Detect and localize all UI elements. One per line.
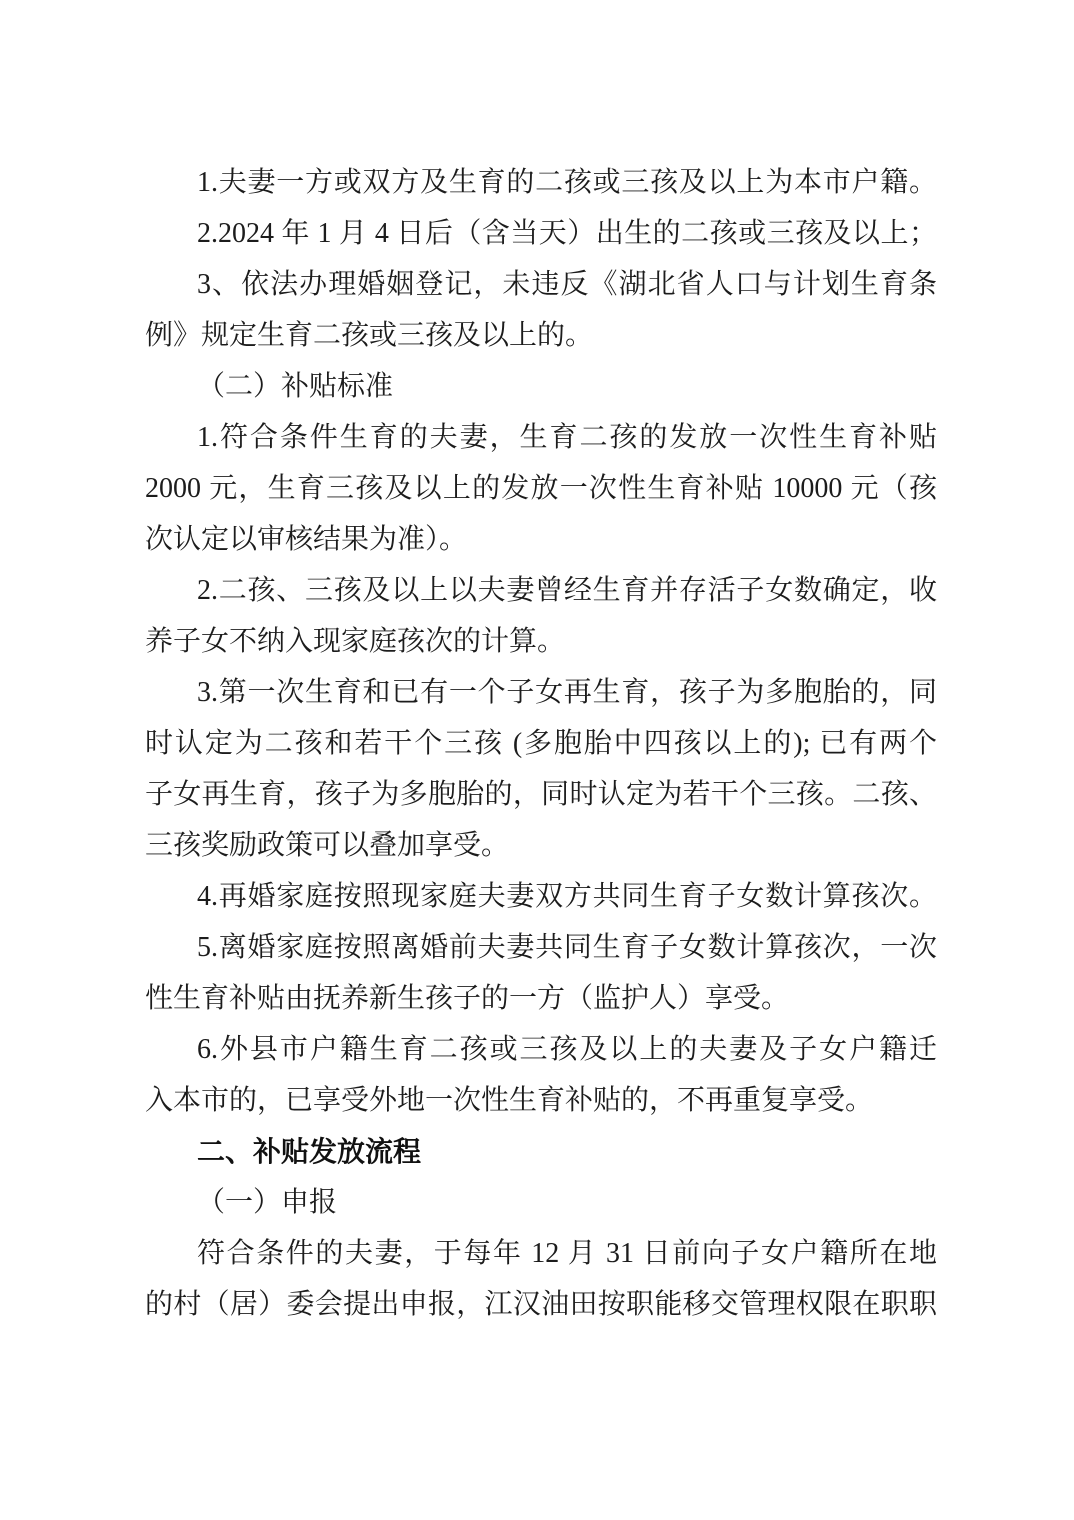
text-line: 养子女不纳入现家庭孩次的计算。	[145, 616, 937, 667]
text-line: 次认定以审核结果为准）。	[145, 514, 937, 565]
text-line: 2000 元，生育三孩及以上的发放一次性生育补贴 10000 元（孩	[145, 463, 937, 514]
text-line: 3.第一次生育和已有一个子女再生育，孩子为多胞胎的，同	[145, 667, 937, 718]
text-line: 例》规定生育二孩或三孩及以上的。	[145, 310, 937, 361]
text-line: 的村（居）委会提出申报，江汉油田按职能移交管理权限在职职	[145, 1279, 937, 1330]
text-line: 6.外县市户籍生育二孩或三孩及以上的夫妻及子女户籍迁	[145, 1024, 937, 1075]
text-line: 1.夫妻一方或双方及生育的二孩或三孩及以上为本市户籍。	[145, 157, 937, 208]
text-line: 三孩奖励政策可以叠加享受。	[145, 820, 937, 871]
text-line: （二）补贴标准	[145, 361, 937, 412]
text-line: 符合条件的夫妻，于每年 12 月 31 日前向子女户籍所在地	[145, 1228, 937, 1279]
text-line: 子女再生育，孩子为多胞胎的，同时认定为若干个三孩。二孩、	[145, 769, 937, 820]
document-body: 1.夫妻一方或双方及生育的二孩或三孩及以上为本市户籍。2.2024 年 1 月 …	[145, 157, 937, 1330]
text-line: 入本市的，已享受外地一次性生育补贴的，不再重复享受。	[145, 1075, 937, 1126]
text-line: 2.2024 年 1 月 4 日后（含当天）出生的二孩或三孩及以上；	[145, 208, 937, 259]
text-line: 时认定为二孩和若干个三孩 (多胞胎中四孩以上的); 已有两个	[145, 718, 937, 769]
text-line: 5.离婚家庭按照离婚前夫妻共同生育子女数计算孩次，一次	[145, 922, 937, 973]
text-line: 4.再婚家庭按照现家庭夫妻双方共同生育子女数计算孩次。	[145, 871, 937, 922]
text-line: 2.二孩、三孩及以上以夫妻曾经生育并存活子女数确定，收	[145, 565, 937, 616]
document-page: 1.夫妻一方或双方及生育的二孩或三孩及以上为本市户籍。2.2024 年 1 月 …	[0, 0, 1074, 1520]
text-line: 1.符合条件生育的夫妻，生育二孩的发放一次性生育补贴	[145, 412, 937, 463]
text-line: 3、依法办理婚姻登记，未违反《湖北省人口与计划生育条	[145, 259, 937, 310]
text-line: 性生育补贴由抚养新生孩子的一方（监护人）享受。	[145, 973, 937, 1024]
text-line: （一）申报	[145, 1177, 937, 1228]
section-heading-line: 二、补贴发放流程	[145, 1126, 937, 1177]
